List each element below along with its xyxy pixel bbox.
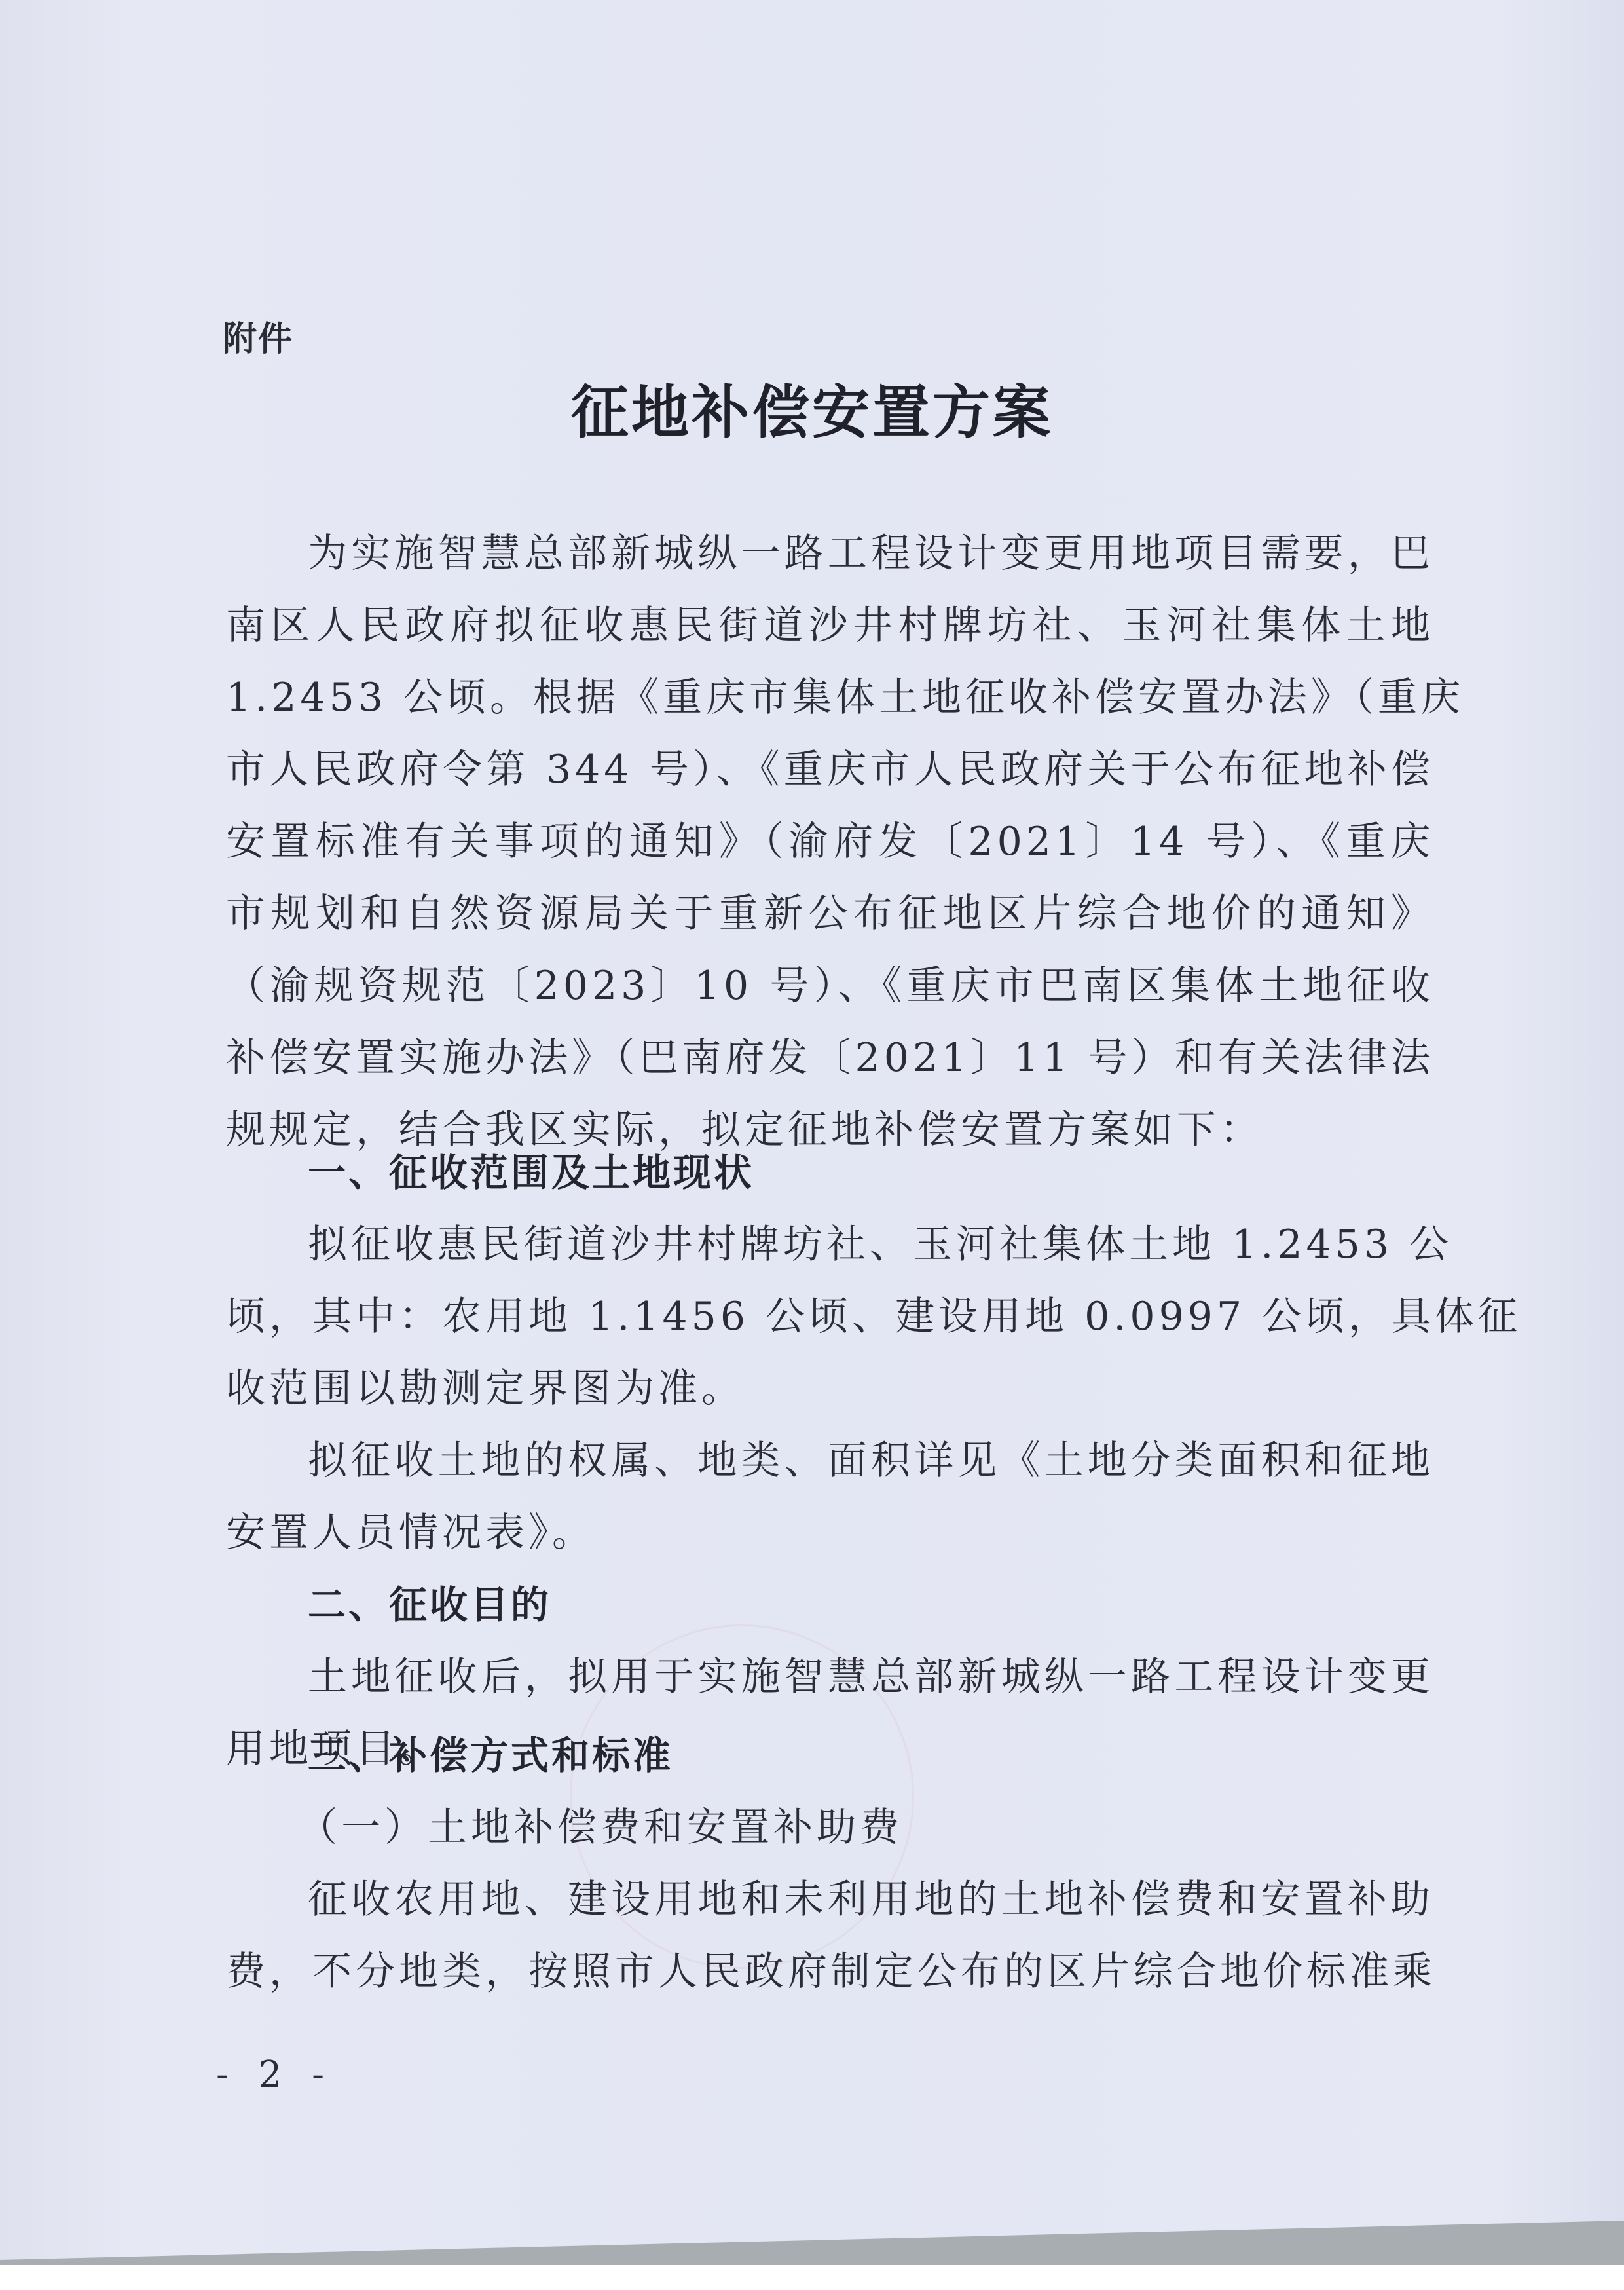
page-number: - 2 - [216,2054,333,2096]
scanner-bottom-margin [0,2265,1624,2290]
text-line: 安置人员情况表》。 [226,1497,1434,1569]
subsection-heading: （一）土地补偿费和安置补助费 [226,1792,1434,1864]
text-line: 征收农用地、建设用地和未利用地的土地补偿费和安置补助 [226,1864,1434,1936]
text-line: 补偿安置实施办法》（巴南府发〔2021〕11 号）和有关法律法 [226,1022,1434,1094]
scanner-shadow-edge [0,2221,1624,2260]
text-line: 安置标准有关事项的通知》（渝府发〔2021〕14 号）、《重庆 [226,806,1434,878]
text-line: （渝规资规范〔2023〕10 号）、《重庆市巴南区集体土地征收 [226,950,1434,1022]
text-line: 拟征收惠民街道沙井村牌坊社、玉河社集体土地 1.2453 公 [226,1209,1434,1281]
text-line: 为实施智慧总部新城纵一路工程设计变更用地项目需要，巴 [226,517,1434,590]
text-line: 市人民政府令第 344 号）、《重庆市人民政府关于公布征地补偿 [226,734,1434,806]
section-3: 三、补偿方式和标准 （一）土地补偿费和安置补助费 征收农用地、建设用地和未利用地… [226,1719,1434,2008]
text-line: 拟征收土地的权属、地类、面积详见《土地分类面积和征地 [226,1425,1434,1497]
section-heading: 二、征收目的 [226,1569,1434,1641]
section-heading: 三、补偿方式和标准 [226,1719,1434,1792]
text-line: 顷，其中：农用地 1.1456 公顷、建设用地 0.0997 公顷，具体征 [226,1281,1434,1353]
scanned-page: 附件 征地补偿安置方案 为实施智慧总部新城纵一路工程设计变更用地项目需要，巴 南… [0,0,1624,2290]
text-line: 收范围以勘测定界图为准。 [226,1353,1434,1425]
text-line: 市规划和自然资源局关于重新公布征地区片综合地价的通知》 [226,878,1434,950]
attachment-label: 附件 [223,311,293,360]
text-line: 1.2453 公顷。根据《重庆市集体土地征收补偿安置办法》（重庆 [226,662,1434,734]
section-1: 一、征收范围及土地现状 拟征收惠民街道沙井村牌坊社、玉河社集体土地 1.2453… [226,1136,1434,1569]
text-line: 南区人民政府拟征收惠民街道沙井村牌坊社、玉河社集体土地 [226,590,1434,662]
section-heading: 一、征收范围及土地现状 [226,1136,1434,1209]
document-title: 征地补偿安置方案 [0,367,1624,449]
text-line: 费，不分地类，按照市人民政府制定公布的区片综合地价标准乘 [226,1936,1434,2008]
text-line: 土地征收后，拟用于实施智慧总部新城纵一路工程设计变更 [226,1641,1434,1713]
scanner-shadow-fill [0,2260,1624,2265]
intro-paragraph: 为实施智慧总部新城纵一路工程设计变更用地项目需要，巴 南区人民政府拟征收惠民街道… [226,517,1434,1166]
